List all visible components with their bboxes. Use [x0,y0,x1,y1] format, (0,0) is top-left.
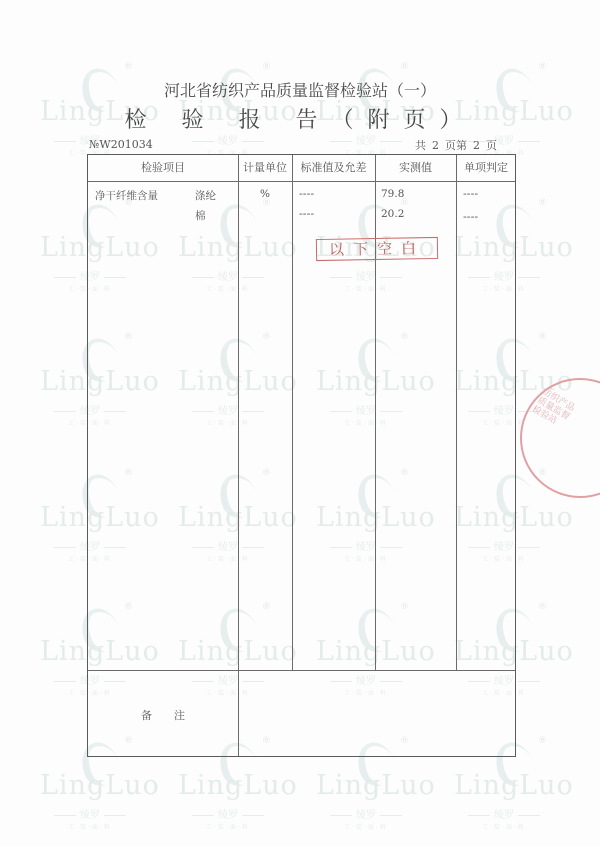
watermark-chinese: 绫罗 [40,806,140,821]
organization-title: 河北省纺织产品质量监督检验站（一） [0,78,600,101]
watermark-chinese: 绫罗 [178,132,278,147]
header-standard: 标准值及允差 [292,159,375,175]
remarks-label: 备 注 [88,707,238,723]
row1-item: 净干纤维含量 [95,188,158,203]
registered-mark: ® [538,62,547,72]
registered-mark: ® [538,736,547,746]
registered-mark: ® [262,62,271,72]
watermark-logo-text: LingLuo [40,770,160,801]
header-measured: 实测值 [375,159,456,175]
inspection-table: 检验项目 计量单位 标准值及允差 实测值 单项判定 净干纤维含量 涤纶 % --… [87,154,516,757]
watermark-chinese: 绫罗 [316,806,416,821]
col-divider [375,155,376,671]
row1-measured: 79.8 [381,188,404,200]
watermark-subtext: 工·装·面·料 [178,822,278,831]
header-judgment: 单项判定 [456,159,516,175]
col-divider [456,155,457,671]
watermark-logo-text: LingLuo [454,770,574,801]
row1-judgment: ---- [463,188,478,200]
registered-mark: ® [538,602,547,612]
report-title: 检 验 报 告（附页） [0,103,600,134]
watermark-chinese: 绫罗 [454,806,554,821]
watermark-subtext: 工·装·面·料 [40,822,140,831]
row1-unit: % [238,188,292,200]
header-item: 检验项目 [88,159,238,175]
row1-sub-item: 涤纶 [195,188,216,203]
total-label: 共 [415,139,426,152]
blank-below-stamp: 以下空白 [316,237,438,261]
watermark-subtext: 工·装·面·料 [316,822,416,831]
registered-mark: ® [538,332,547,342]
page-suffix: 页 [486,139,497,152]
row2-judgment: ---- [463,211,478,223]
row2-sub-item: 棉 [195,208,206,223]
row1-standard: ---- [299,188,314,200]
total-pages: 2 [432,139,439,152]
registered-mark: ® [400,62,409,72]
registered-mark: ® [538,198,547,208]
registered-mark: ® [124,62,133,72]
page-info: 共2页第2页 [415,137,503,153]
col-divider [292,155,293,671]
watermark-chinese: 绫罗 [316,132,416,147]
header-divider [88,181,515,182]
watermark-subtext: 工·装·面·料 [454,822,554,831]
watermark-logo-text: LingLuo [316,770,436,801]
current-page: 2 [473,139,480,152]
row2-measured: 20.2 [381,208,404,220]
col-divider [238,155,239,756]
header-unit: 计量单位 [238,159,292,175]
document-number: №W201034 [89,138,153,151]
watermark-logo-text: LingLuo [178,770,298,801]
row2-standard: ---- [299,208,314,220]
page-label: 页第 [445,139,467,152]
remarks-divider [88,670,515,671]
watermark-chinese: 绫罗 [178,806,278,821]
